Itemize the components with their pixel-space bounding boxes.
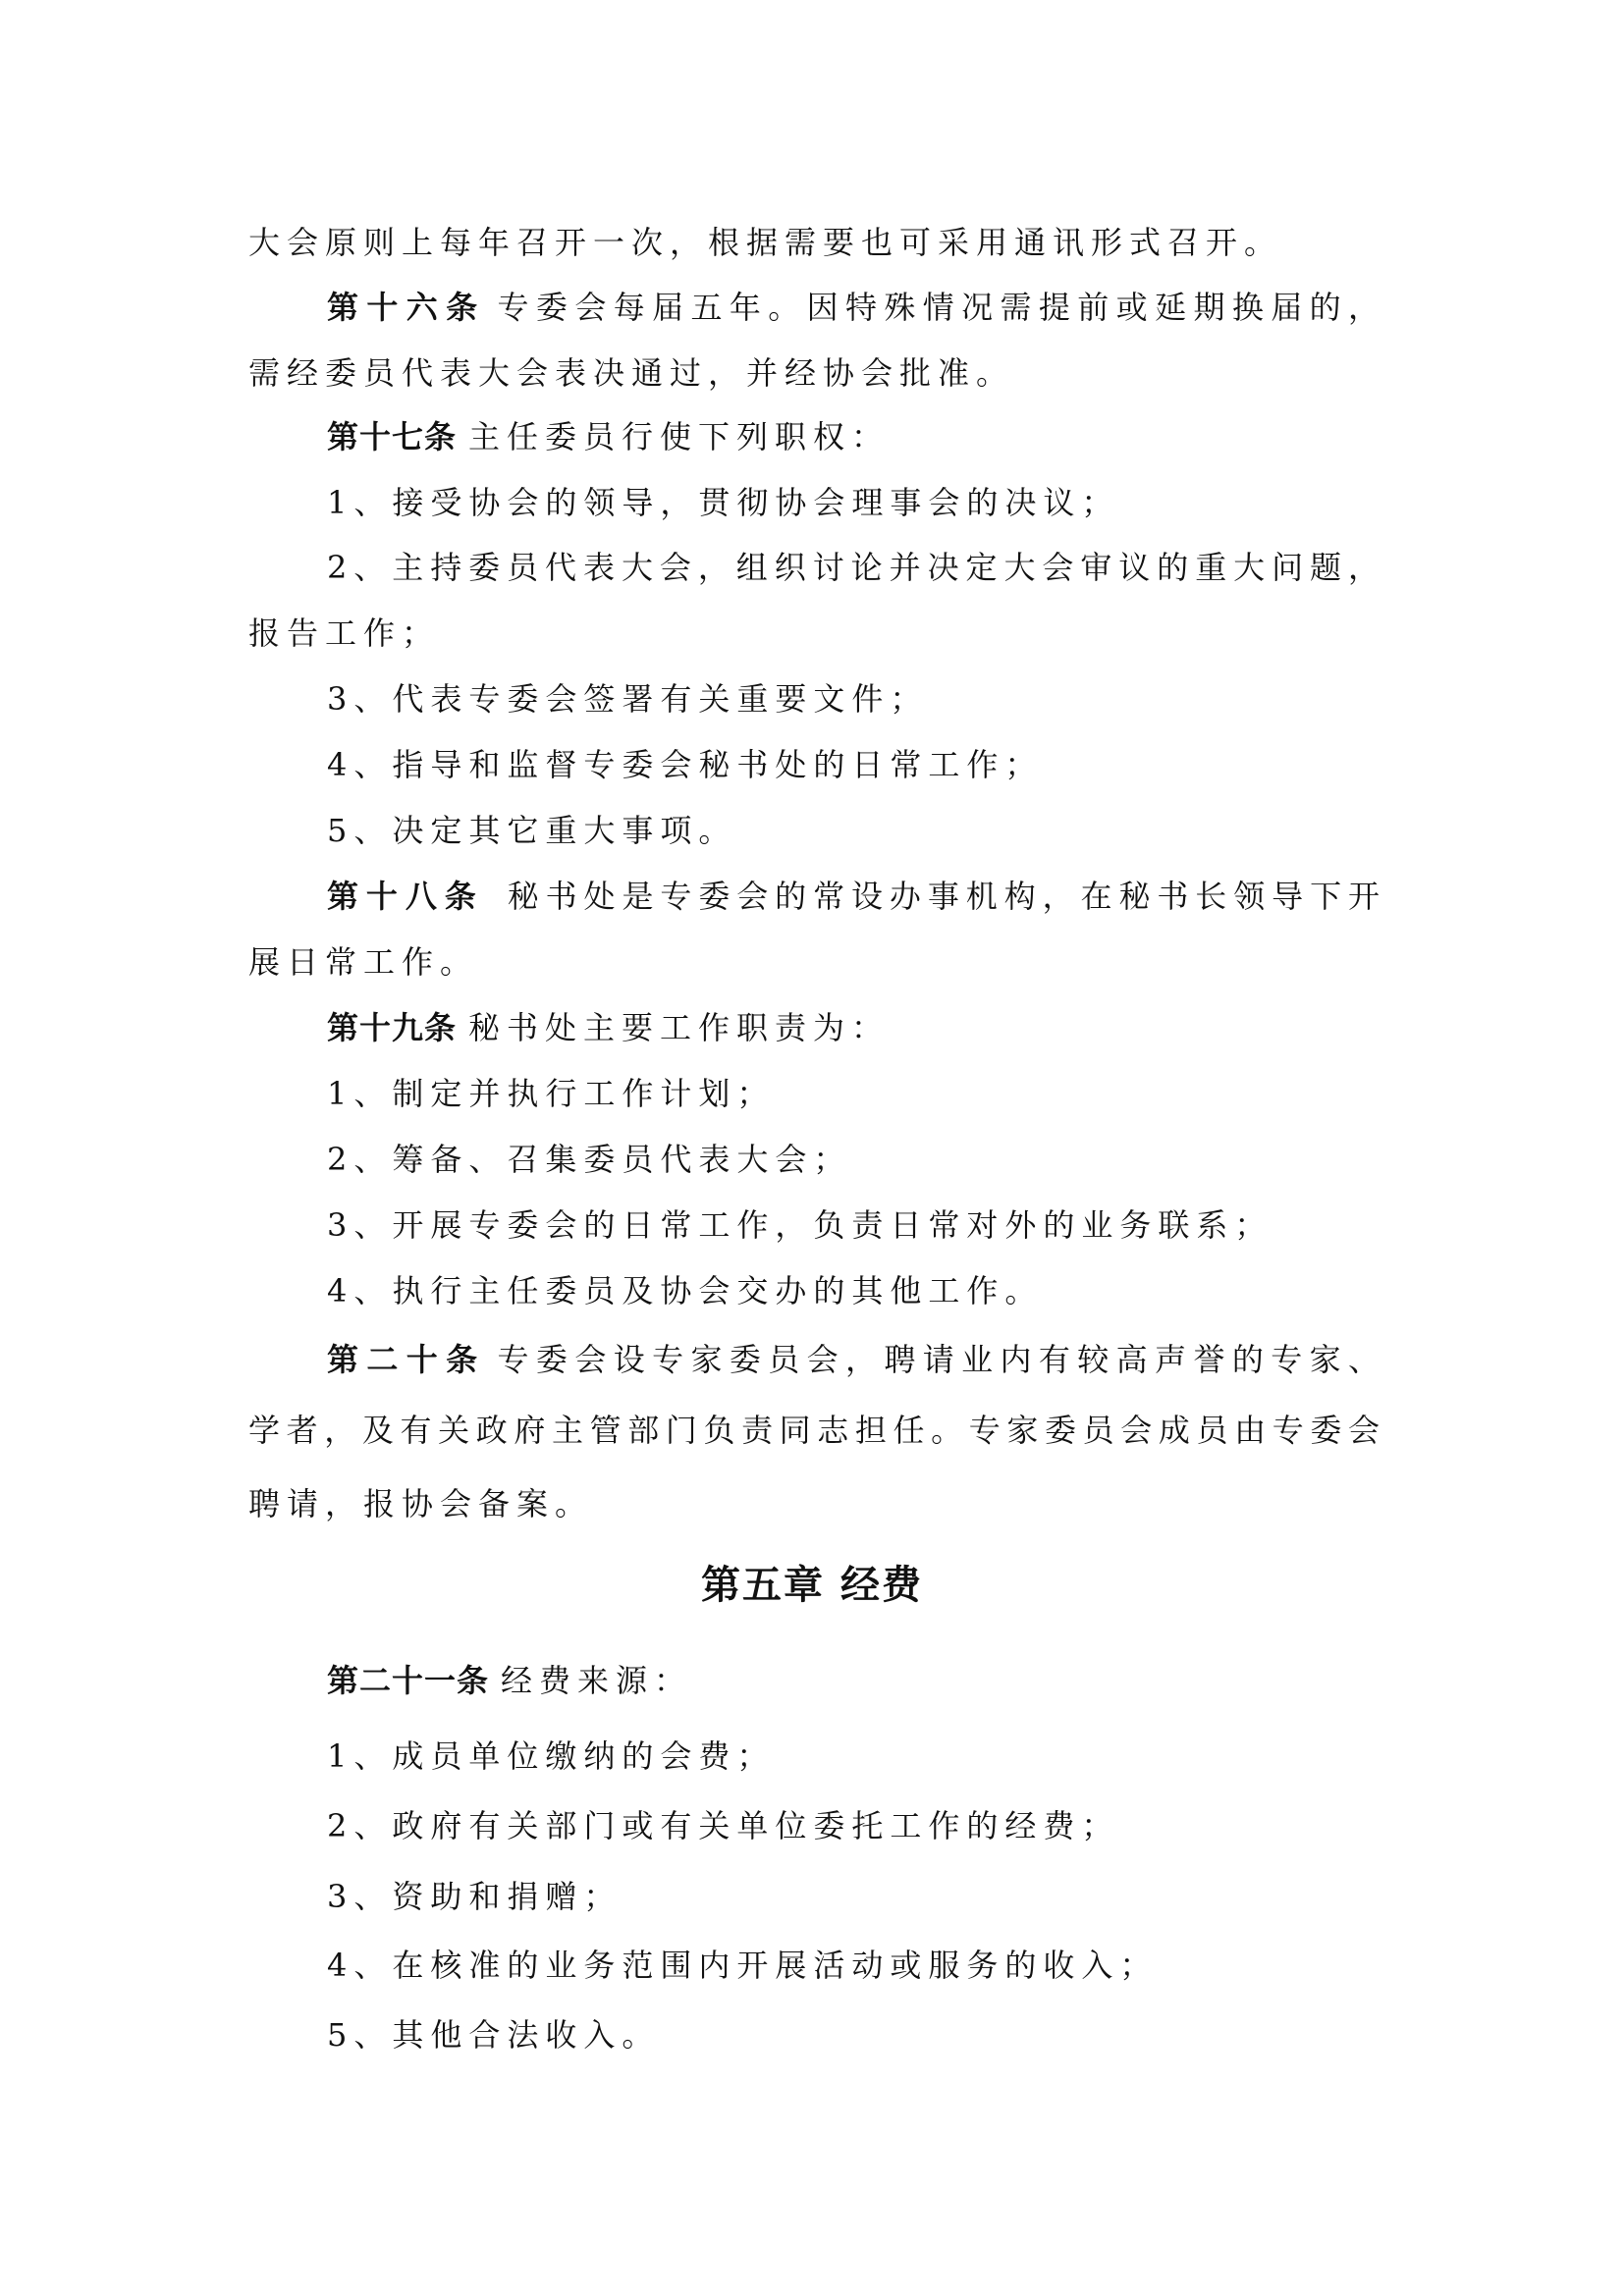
article-text: 专委会每届五年。因特殊情况需提前或延期换届的，: [498, 289, 1380, 326]
paragraph-line: 报告工作；: [248, 612, 1380, 655]
article-number: 第二十条: [327, 1341, 486, 1378]
article-text: 秘书处是专委会的常设办事机构，在秘书长领导下开: [508, 878, 1380, 915]
paragraph-line: 需经委员代表大会表决通过，并经协会批准。: [248, 351, 1380, 395]
article-21: 第二十一条经费来源：: [327, 1659, 1380, 1702]
list-item: 5、决定其它重大事项。: [327, 809, 1380, 852]
list-item: 2、政府有关部门或有关单位委托工作的经费；: [327, 1804, 1380, 1847]
article-number: 第二十一条: [327, 1662, 489, 1699]
article-20: 第二十条专委会设专家委员会，聘请业内有较高声誉的专家、: [327, 1338, 1380, 1381]
list-item: 5、其他合法收入。: [327, 2013, 1380, 2056]
article-number: 第十九条: [327, 1009, 457, 1046]
list-item: 4、指导和监督专委会秘书处的日常工作；: [327, 743, 1380, 786]
article-16: 第十六条专委会每届五年。因特殊情况需提前或延期换届的，: [327, 286, 1380, 329]
list-item: 1、接受协会的领导，贯彻协会理事会的决议；: [327, 481, 1380, 524]
list-item: 3、资助和捐赠；: [327, 1875, 1380, 1918]
list-item: 2、主持委员代表大会，组织讨论并决定大会审议的重大问题，: [327, 546, 1380, 589]
article-text: 专委会设专家委员会，聘请业内有较高声誉的专家、: [498, 1341, 1380, 1378]
article-text: 秘书处主要工作职责为：: [468, 1009, 890, 1046]
list-item: 4、在核准的业务范围内开展活动或服务的收入；: [327, 1944, 1380, 1987]
article-number: 第十八条: [327, 878, 484, 915]
article-17: 第十七条主任委员行使下列职权：: [327, 415, 1380, 458]
list-item: 3、代表专委会签署有关重要文件；: [327, 677, 1380, 721]
list-item: 3、开展专委会的日常工作，负责日常对外的业务联系；: [327, 1203, 1380, 1247]
list-item: 1、制定并执行工作计划；: [327, 1072, 1380, 1115]
paragraph-line: 聘请，报协会备案。: [248, 1482, 1380, 1525]
list-item: 1、成员单位缴纳的会费；: [327, 1735, 1380, 1778]
paragraph-line: 大会原则上每年召开一次，根据需要也可采用通讯形式召开。: [248, 221, 1380, 264]
chapter-heading: 第五章 经费: [0, 1563, 1624, 1608]
article-number: 第十七条: [327, 418, 457, 455]
list-item: 4、执行主任委员及协会交办的其他工作。: [327, 1269, 1380, 1312]
article-number: 第十六条: [327, 289, 486, 326]
paragraph-line: 学者，及有关政府主管部门负责同志担任。专家委员会成员由专委会: [248, 1409, 1380, 1452]
article-18: 第十八条秘书处是专委会的常设办事机构，在秘书长领导下开: [327, 875, 1380, 918]
article-text: 主任委员行使下列职权：: [468, 418, 890, 455]
paragraph-line: 展日常工作。: [248, 940, 1380, 984]
article-text: 经费来源：: [501, 1662, 692, 1699]
list-item: 2、筹备、召集委员代表大会；: [327, 1138, 1380, 1181]
article-19: 第十九条秘书处主要工作职责为：: [327, 1006, 1380, 1049]
